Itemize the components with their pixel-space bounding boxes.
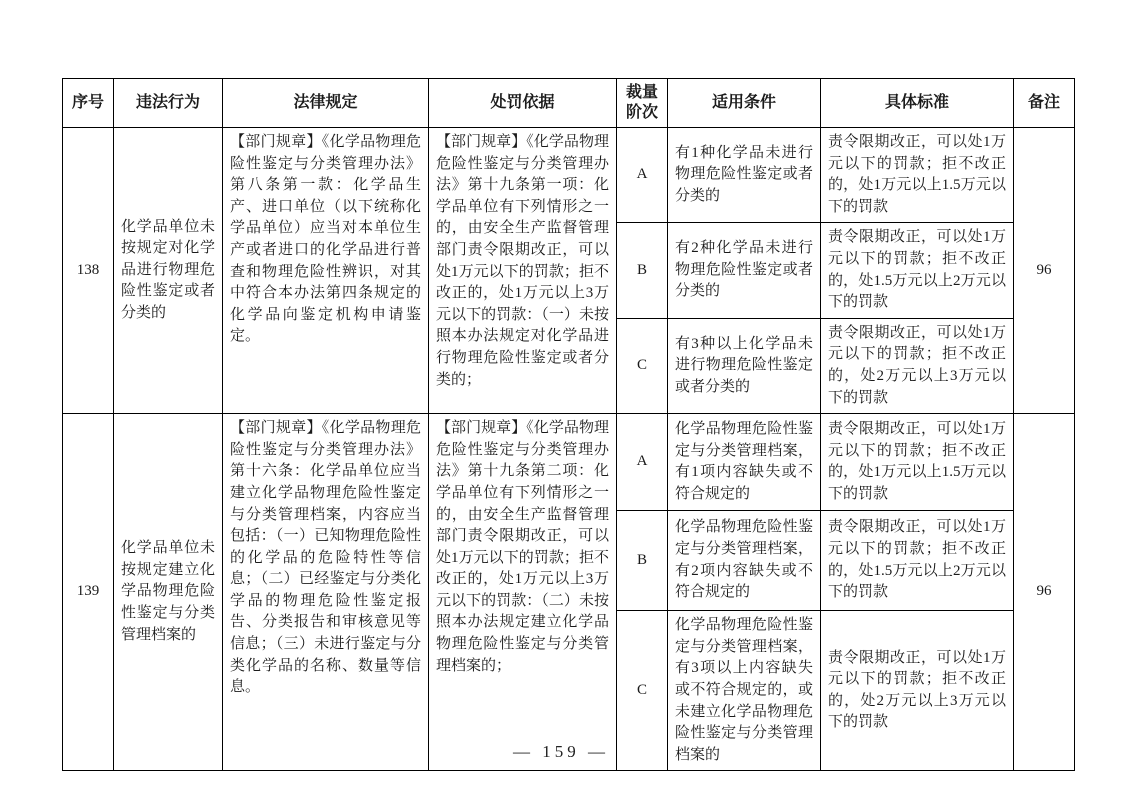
cell-standard-138-c: 责令限期改正，可以处1万元以下的罚款；拒不改正的，处2万元以上3万元以下的罚款	[821, 318, 1014, 413]
cell-law-138: 【部门规章】《化学品物理危险性鉴定与分类管理办法》第八条第一款：化学品生产、进口…	[223, 128, 429, 414]
table-row: 139 化学品单位未按规定建立化学品物理危险性鉴定与分类管理档案的 【部门规章】…	[63, 414, 1075, 511]
cell-standard-138-b: 责令限期改正，可以处1万元以下的罚款；拒不改正的，处1.5万元以上2万元以下的罚…	[821, 223, 1014, 318]
cell-behavior-139: 化学品单位未按规定建立化学品物理危险性鉴定与分类管理档案的	[114, 414, 223, 771]
cell-condition-138-a: 有1种化学品未进行物理危险性鉴定或者分类的	[668, 128, 821, 223]
cell-standard-138-a: 责令限期改正，可以处1万元以下的罚款；拒不改正的，处1万元以上1.5万元以下的罚…	[821, 128, 1014, 223]
col-header-level: 裁量 阶次	[617, 79, 668, 128]
cell-condition-138-c: 有3种以上化学品未进行物理危险性鉴定或者分类的	[668, 318, 821, 413]
cell-standard-139-b: 责令限期改正，可以处1万元以下的罚款；拒不改正的，处1.5万元以上2万元以下的罚…	[821, 511, 1014, 611]
cell-standard-139-a: 责令限期改正，可以处1万元以下的罚款；拒不改正的，处1万元以上1.5万元以下的罚…	[821, 414, 1014, 511]
cell-level-138-c: C	[617, 318, 668, 413]
col-header-remark: 备注	[1014, 79, 1075, 128]
document-page: 序号 违法行为 法律规定 处罚依据 裁量 阶次 适用条件 具体标准 备注 138…	[0, 0, 1122, 793]
cell-behavior-138: 化学品单位未按规定对化学品进行物理危险性鉴定或者分类的	[114, 128, 223, 414]
penalty-table: 序号 违法行为 法律规定 处罚依据 裁量 阶次 适用条件 具体标准 备注 138…	[62, 78, 1075, 771]
page-number: — 159 —	[0, 742, 1122, 762]
cell-level-139-b: B	[617, 511, 668, 611]
col-header-condition: 适用条件	[668, 79, 821, 128]
cell-condition-138-b: 有2种化学品未进行物理危险性鉴定或者分类的	[668, 223, 821, 318]
cell-seq-138: 138	[63, 128, 114, 414]
cell-condition-139-a: 化学品物理危险性鉴定与分类管理档案，有1项内容缺失或不符合规定的	[668, 414, 821, 511]
table-row: 138 化学品单位未按规定对化学品进行物理危险性鉴定或者分类的 【部门规章】《化…	[63, 128, 1075, 223]
cell-basis-138: 【部门规章】《化学品物理危险性鉴定与分类管理办法》第十九条第一项：化学品单位有下…	[429, 128, 617, 414]
cell-seq-139: 139	[63, 414, 114, 771]
cell-law-139: 【部门规章】《化学品物理危险性鉴定与分类管理办法》第十六条：化学品单位应当建立化…	[223, 414, 429, 771]
col-header-behavior: 违法行为	[114, 79, 223, 128]
col-header-seq: 序号	[63, 79, 114, 128]
cell-basis-139: 【部门规章】《化学品物理危险性鉴定与分类管理办法》第十九条第二项：化学品单位有下…	[429, 414, 617, 771]
col-header-standard: 具体标准	[821, 79, 1014, 128]
header-row: 序号 违法行为 法律规定 处罚依据 裁量 阶次 适用条件 具体标准 备注	[63, 79, 1075, 128]
cell-level-138-b: B	[617, 223, 668, 318]
cell-remark-139: 96	[1014, 414, 1075, 771]
cell-level-138-a: A	[617, 128, 668, 223]
col-header-basis: 处罚依据	[429, 79, 617, 128]
col-header-law: 法律规定	[223, 79, 429, 128]
cell-level-139-a: A	[617, 414, 668, 511]
cell-condition-139-b: 化学品物理危险性鉴定与分类管理档案，有2项内容缺失或不符合规定的	[668, 511, 821, 611]
cell-remark-138: 96	[1014, 128, 1075, 414]
